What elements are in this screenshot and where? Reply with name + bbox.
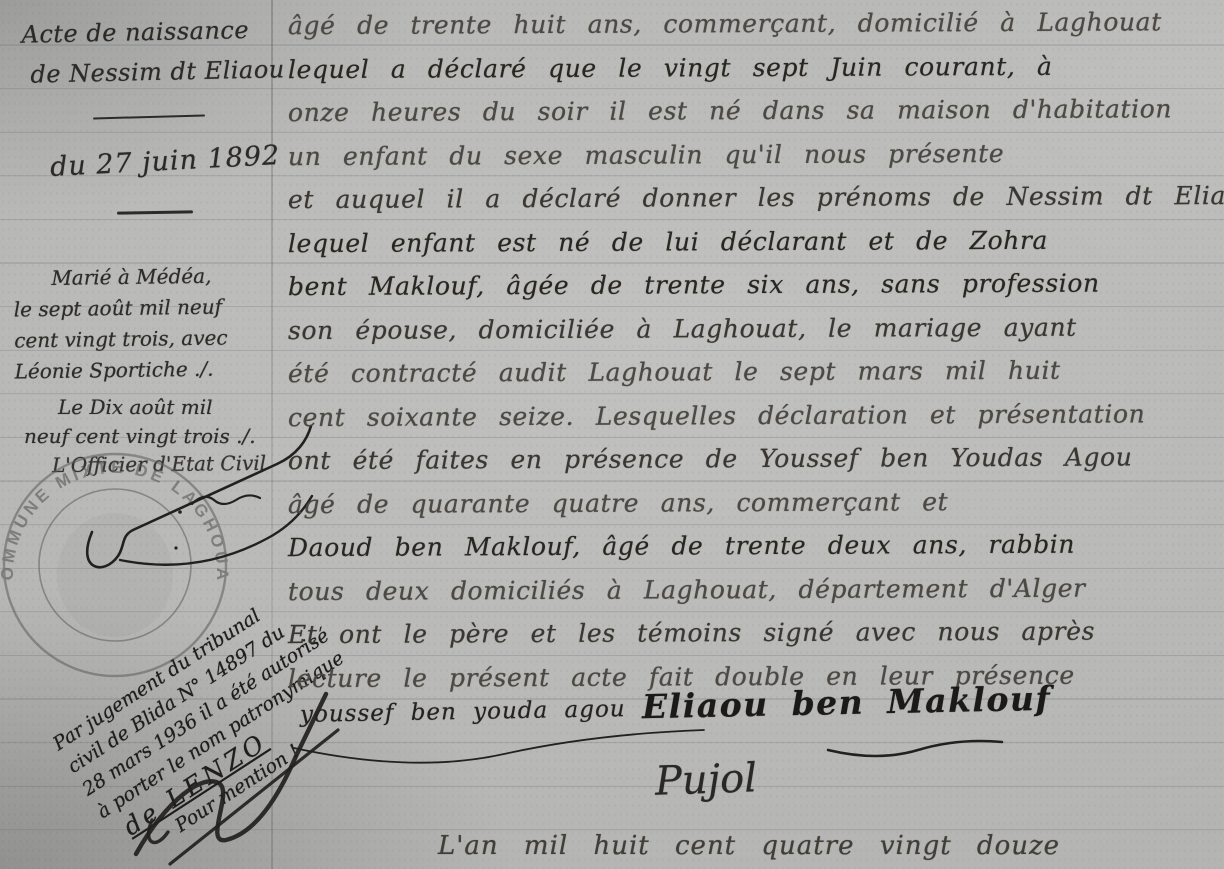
mention-date-note: Le Dix août mil neuf cent vingt trois ./… [24,393,256,451]
act-text-line: Daoud ben Maklouf, âgé de trente deux an… [288,526,1224,566]
act-text-line: bent Maklouf, âgée de trente six ans, sa… [288,265,1224,305]
act-text-line: un enfant du sexe masculin qu'il nous pr… [288,135,1224,175]
act-text-line: et auquel il a déclaré donner les prénom… [288,178,1224,218]
act-text-line: lequel a déclaré que le vingt sept Juin … [288,48,1224,88]
act-text-line: tous deux domiciliés à Laghouat, départe… [288,570,1224,610]
act-text-line: âgé de quarante quatre ans, commerçant e… [288,483,1224,523]
marriage-margin-note: Marié à Médéa, le sept août mil neuf cen… [13,261,228,388]
act-text-line: ont été faites en présence de Youssef be… [288,439,1224,479]
marriage-note-line: cent vingt trois, avec [14,323,228,357]
marriage-note-line: Léonie Sportiche ./. [14,354,228,388]
act-title-line2: de Nessim dt Eliaou [22,49,285,94]
margin-separator-stroke [117,210,193,214]
act-title-line1: Acte de naissance [21,9,284,54]
marriage-note-line: Marié à Médéa, [13,261,227,295]
next-act-first-line: L'an mil huit cent quatre vingt douze [438,831,1060,861]
act-text-line: âgé de trente huit ans, commerçant, domi… [288,4,1224,44]
act-text-line: onze heures du soir il est né dans sa ma… [288,91,1224,131]
act-text-line: Et ont le père et les témoins signé avec… [288,613,1224,653]
marriage-note-line: le sept août mil neuf [14,292,228,326]
civil-register-page: Acte de naissance de Nessim dt Eliaou du… [0,0,1224,869]
stamp-emblem [57,513,173,637]
mention-date-line: Le Dix août mil [24,393,256,422]
act-date: du 27 juin 1892 [49,140,281,183]
father-signature: Eliaou ben Maklouf [642,679,1052,727]
father-signature-flourish [820,734,1010,760]
act-text-line: son épouse, domiciliée à Laghouat, le ma… [288,309,1224,349]
act-text-line: lequel enfant est né de lui déclarant et… [288,222,1224,262]
margin-separator-stroke [93,115,205,120]
officer-signature: Pujol [654,755,757,805]
act-text-line: été contracté audit Laghouat le sept mar… [288,352,1224,392]
act-text-line: cent soixante seize. Lesquelles déclarat… [288,396,1224,436]
act-title: Acte de naissance de Nessim dt Eliaou [21,9,285,94]
